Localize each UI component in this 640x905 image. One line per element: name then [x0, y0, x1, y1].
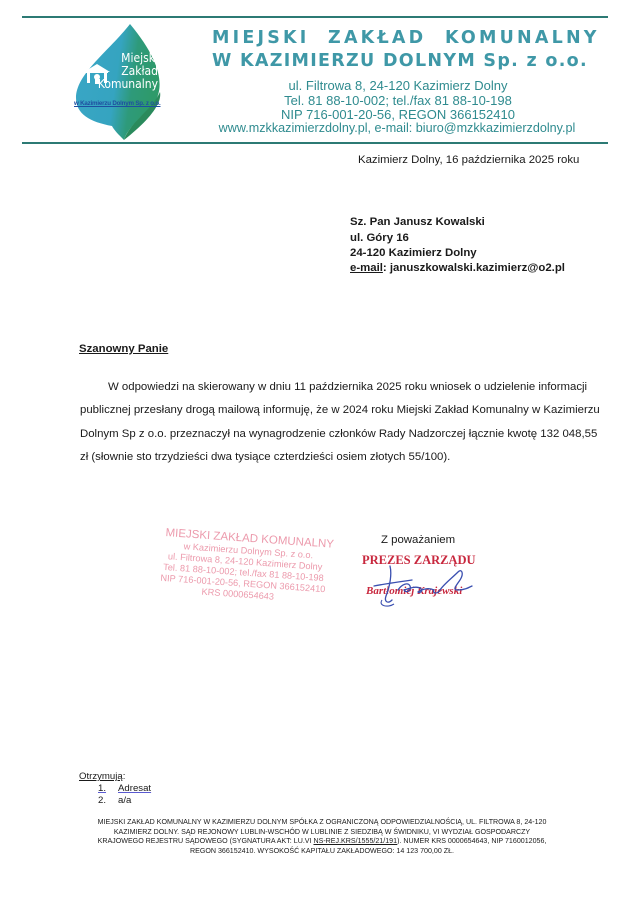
footer-case-number: NS-REJ.KRS/1555/21/191: [313, 837, 397, 845]
footer-line-3: KRAJOWEGO REJESTRU SĄDOWEGO (SYGNATURA A…: [76, 837, 568, 847]
logo-text-miejski: Miejski: [108, 52, 158, 64]
recipient-city: 24-120 Kazimierz Dolny: [350, 247, 477, 259]
recipient-email-label: e-mail: [350, 262, 383, 274]
footer-line-2: KAZIMIERZ DOLNY. SĄD REJONOWY LUBLIN-WSC…: [76, 828, 568, 838]
logo-text-komunalny: Komunalny: [88, 78, 158, 90]
letterhead-bottom-rule: [22, 142, 608, 144]
logo-subline: w Kazimierzu Dolnym Sp. z o.o.: [74, 100, 160, 107]
legal-footer: MIEJSKI ZAKŁAD KOMUNALNY W KAZIMIERZU DO…: [76, 818, 568, 856]
closing: Z poważaniem: [381, 534, 455, 546]
body-line-4: zł (słownie sto trzydzieści dwa tysiące …: [80, 451, 564, 463]
company-name-line2: W KAZIMIERZU DOLNYM Sp. z o.o.: [212, 51, 588, 71]
recipients-label: Otrzymują:: [79, 771, 125, 782]
company-phone: Tel. 81 88-10-002; tel./fax 81 88-10-198: [220, 93, 576, 108]
footer-line-1: MIEJSKI ZAKŁAD KOMUNALNY W KAZIMIERZU DO…: [76, 818, 568, 828]
recipient-name: Sz. Pan Janusz Kowalski: [350, 216, 485, 228]
company-address: ul. Filtrowa 8, 24-120 Kazimierz Dolny: [220, 78, 576, 93]
footer-line-4: REGON 366152410. WYSOKOŚĆ KAPITAŁU ZAKŁA…: [76, 847, 568, 857]
company-name-line1: MIEJSKI ZAKŁAD KOMUNALNY: [212, 28, 600, 48]
recipient-item-1: 1.Adresat: [98, 783, 151, 794]
company-web-email: www.mzkkazimierzdolny.pl, e-mail: biuro@…: [214, 121, 580, 135]
recipient-email-value[interactable]: : januszkowalski.kazimierz@o2.pl: [383, 262, 565, 274]
salutation: Szanowny Panie: [79, 343, 168, 355]
recipient-street: ul. Góry 16: [350, 232, 409, 244]
body-line-1: W odpowiedzi na skierowany w dniu 11 paź…: [108, 381, 592, 393]
recipient-item-2: 2.a/a: [98, 795, 131, 806]
handwritten-signature-icon: [368, 560, 478, 610]
letterhead-top-rule: [22, 16, 608, 18]
body-line-2: publicznej przesłany drogą mailową infor…: [80, 404, 564, 416]
date-place: Kazimierz Dolny, 16 października 2025 ro…: [358, 154, 579, 166]
company-logo: Miejski Zakład Komunalny: [68, 22, 176, 140]
recipient-email: e-mail: januszkowalski.kazimierz@o2.pl: [350, 262, 565, 274]
logo-text-zaklad: Zakład: [108, 65, 158, 77]
company-ids: NIP 716-001-20-56, REGON 366152410: [220, 107, 576, 122]
body-line-3: Dolnym Sp z o.o. przeznaczył na wynagrod…: [80, 428, 564, 440]
